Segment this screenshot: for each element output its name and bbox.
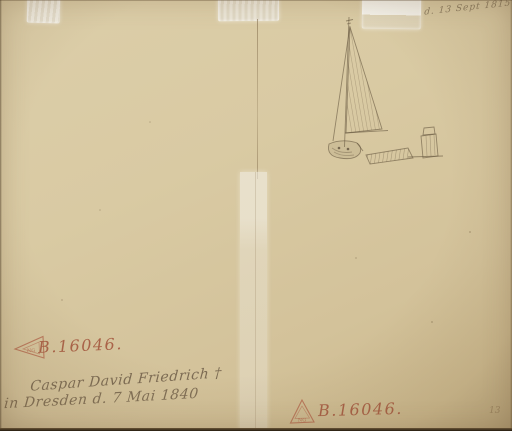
date-inscription: d. 13 Sept 1815	[424, 0, 512, 18]
tape-piece-top-center	[218, 0, 279, 21]
artist-inscription-line2: in Dresden d. 7 Mai 1840	[3, 386, 199, 412]
scanned-drawing-sheet: NG NG d. 13 Sept 1815 Caspar David Fried…	[0, 0, 512, 431]
tape-piece-top-right	[362, 0, 421, 29]
shore-structure	[421, 127, 438, 158]
tape-piece-top-left	[27, 0, 61, 23]
center-fold-line	[257, 19, 258, 179]
inventory-number-left: B.16046.	[38, 334, 124, 357]
paper-specks	[61, 121, 471, 323]
center-fold-line-lower	[255, 172, 256, 431]
inventory-number-right: B.16046.	[318, 399, 403, 420]
sail	[334, 27, 396, 133]
museum-stamp-icon-left: NG	[15, 337, 44, 359]
hull	[328, 141, 363, 159]
sailboat-sketch	[0, 0, 512, 431]
forestay	[333, 26, 350, 141]
paper-vignette	[0, 0, 512, 431]
stamp-letters-left: NG	[27, 348, 35, 354]
scan-edge-left	[0, 0, 2, 431]
folio-number: 13	[489, 406, 500, 416]
jetty	[366, 146, 443, 166]
museum-stamp-icon-right: NG	[291, 400, 315, 424]
mast	[345, 17, 354, 147]
scan-edge-top	[0, 0, 512, 1]
artist-inscription-line1: Caspar David Friedrich †	[30, 365, 223, 395]
museum-stamps: NG NG	[0, 0, 512, 431]
stamp-letters-right: NG	[298, 418, 306, 424]
center-tape-strip	[240, 172, 267, 431]
